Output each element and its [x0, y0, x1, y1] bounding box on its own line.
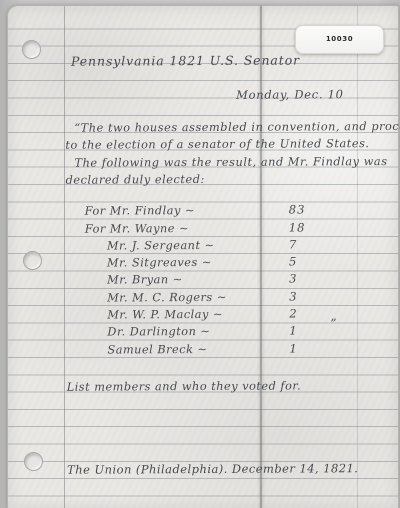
vote-count: 2 — [289, 307, 297, 321]
result-row: Mr. Sitgreaves ~5 — [8, 252, 398, 271]
result-row: Dr. Darlington ~1 — [8, 321, 398, 340]
result-row: Mr. W. P. Maclay ~2 — [8, 304, 398, 323]
vote-count: 1 — [289, 324, 297, 338]
vote-count: 7 — [289, 237, 297, 251]
result-row: Mr. Bryan ~3 — [8, 269, 398, 288]
closing-quote-mark: ” — [330, 316, 336, 330]
candidate-name: Dr. Darlington ~ — [107, 325, 210, 339]
result-row: For Mr. Wayne ~18 — [8, 217, 398, 236]
notebook-page: 10030 Pennsylvania 1821 U.S. Senator Mon… — [7, 5, 399, 508]
paragraph-line: to the election of a senator of the Unit… — [65, 135, 395, 154]
research-note: List members and who they voted for. — [67, 379, 302, 393]
candidate-name: Mr. Bryan ~ — [107, 274, 183, 287]
candidate-name: For Mr. Wayne ~ — [85, 222, 189, 236]
result-row: For Mr. Findlay ~83 — [8, 200, 398, 219]
candidate-name: For Mr. Findlay ~ — [85, 204, 195, 218]
result-row: Mr. M. C. Rogers ~3 — [8, 286, 398, 305]
quote-paragraph: “The two houses assembled in convention,… — [65, 118, 395, 189]
candidate-name: Mr. Sitgreaves ~ — [107, 256, 212, 270]
candidate-name: Mr. M. C. Rogers ~ — [107, 291, 227, 305]
vote-count: 3 — [289, 289, 297, 303]
candidate-name: Mr. J. Sergeant ~ — [107, 239, 215, 253]
result-row: Mr. J. Sergeant ~7 — [8, 235, 398, 254]
candidate-name: Samuel Breck ~ — [107, 343, 207, 357]
vote-count: 5 — [289, 255, 297, 269]
date-heading: Monday, Dec. 10 — [236, 87, 344, 102]
result-row: Samuel Breck ~1 — [8, 338, 398, 357]
vote-results-list: For Mr. Findlay ~83For Mr. Wayne ~18Mr. … — [8, 200, 399, 358]
page-title: Pennsylvania 1821 U.S. Senator — [71, 52, 300, 68]
candidate-name: Mr. W. P. Maclay ~ — [107, 308, 223, 322]
vote-count: 18 — [289, 220, 306, 234]
vote-count: 83 — [289, 203, 306, 217]
handwriting-layer: Pennsylvania 1821 U.S. Senator Monday, D… — [7, 5, 400, 508]
paragraph-line: declared duly elected: — [66, 170, 396, 189]
source-citation: The Union (Philadelphia). December 14, 1… — [67, 461, 358, 477]
vote-count: 3 — [289, 272, 297, 286]
paragraph-line: “The two houses assembled in convention,… — [65, 118, 395, 137]
paragraph-line: The following was the result, and Mr. Fi… — [65, 153, 395, 172]
vote-count: 1 — [289, 341, 297, 355]
